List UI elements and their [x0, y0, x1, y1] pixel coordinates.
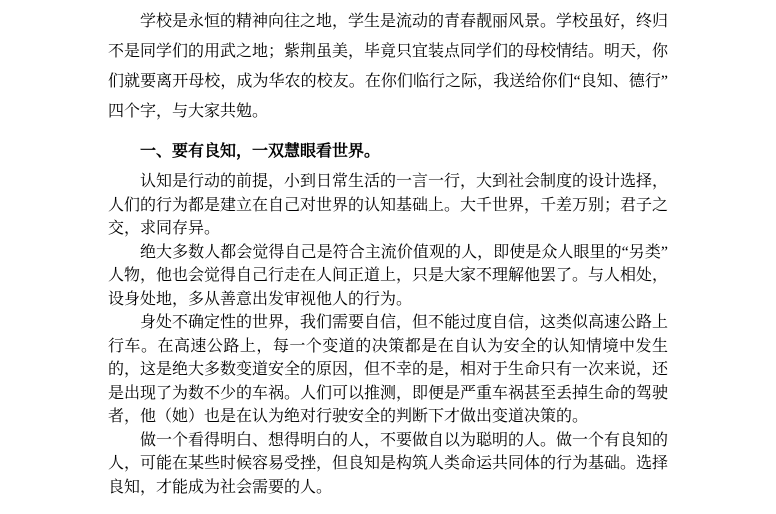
paragraph-conclusion: 做一个看得明白、想得明白的人，不要做自以为聪明的人。做一个有良知的人，可能在某些…: [108, 429, 668, 500]
paragraph-highway-analogy: 身处不确定性的世界，我们需要自信，但不能过度自信，这类似高速公路上行车。在高速公…: [108, 311, 668, 429]
paragraph-intro: 学校是永恒的精神向往之地，学生是流动的青春靓丽风景。学校虽好，终归不是同学们的用…: [108, 7, 668, 127]
section-heading: 一、要有良知，一双慧眼看世界。: [108, 140, 668, 163]
paragraph-cognition: 认知是行动的前提，小到日常生活的一言一行，大到社会制度的设计选择，人们的行为都是…: [108, 170, 668, 241]
document-page: 学校是永恒的精神向往之地，学生是流动的青春靓丽风景。学校虽好，终归不是同学们的用…: [0, 0, 776, 514]
paragraph-mainstream-values: 绝大多数人都会觉得自己是符合主流价值观的人，即使是众人眼里的“另类”人物，他也会…: [108, 241, 668, 312]
